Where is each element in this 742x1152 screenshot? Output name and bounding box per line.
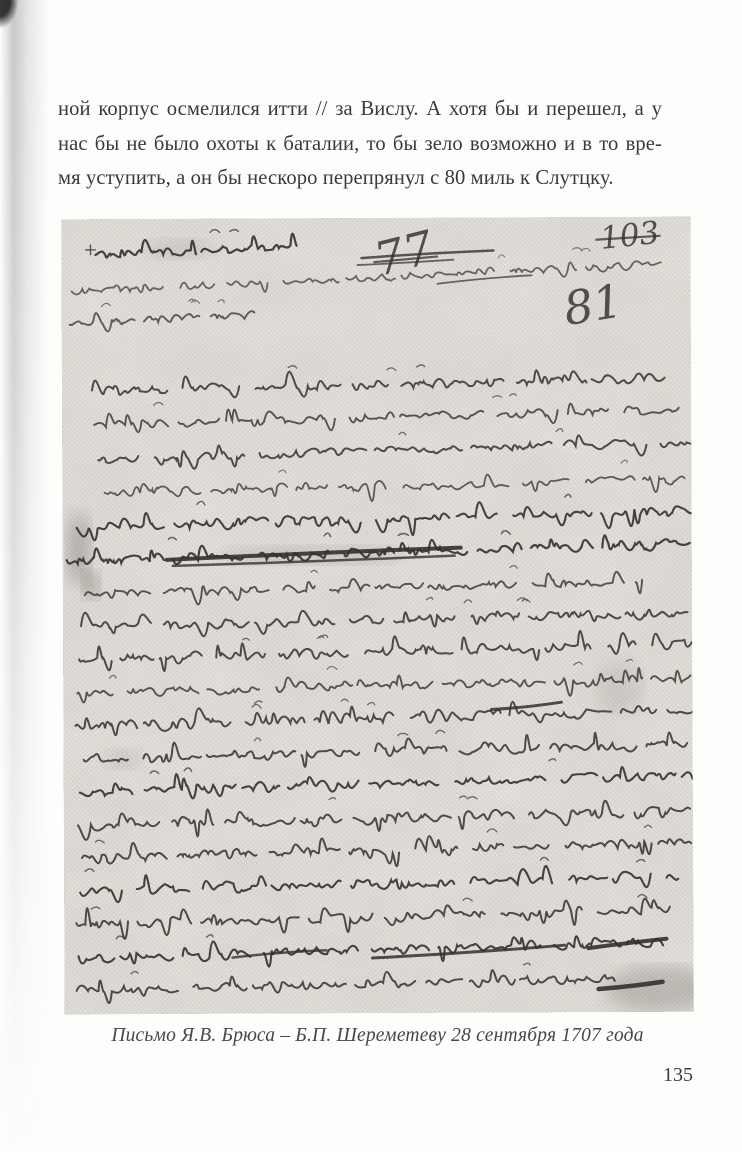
- manuscript-photograph: +7710381: [61, 217, 693, 1015]
- page-number: 135: [656, 1064, 700, 1087]
- manuscript-photo-canvas: +7710381: [61, 217, 693, 1015]
- folio-number: 81: [560, 273, 626, 336]
- body-text: ной корпус осмелился итти // за Вислу. А…: [58, 92, 662, 196]
- body-text-line: нас бы не было охоты к баталии, то бы зе…: [58, 127, 662, 162]
- scan-gutter-shadow: [0, 0, 52, 1152]
- scan-corner-blot: [0, 0, 18, 28]
- folio-number: +: [83, 240, 97, 260]
- figure-caption: Письмо Я.В. Брюса – Б.П. Шереметеву 28 с…: [63, 1025, 692, 1047]
- body-text-line: мя уступить, а он бы нескоро перепрянул …: [58, 161, 662, 196]
- body-text-line: ной корпус осмелился итти // за Вислу. А…: [58, 92, 662, 127]
